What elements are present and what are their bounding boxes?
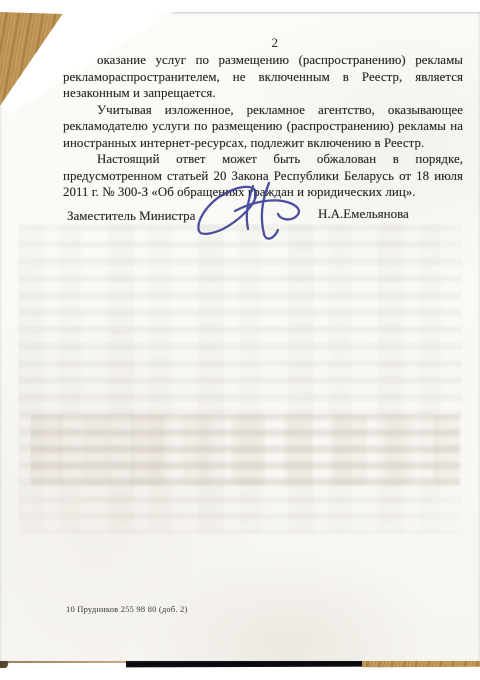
document-page: 2 оказание услуг по размещению (распрост… [0,12,480,661]
signer-title: Заместитель Министра [67,208,195,224]
executor-footnote: 10 Прудников 255 98 80 (доб. 2) [66,604,188,614]
signer-name: Н.А.Емельянова [318,206,409,222]
signature-graphic [190,180,316,246]
scanned-letter-photo: 2 оказание услуг по размещению (распрост… [0,0,480,680]
paragraph-conclusion: Учитывая изложенное, рекламное агентство… [63,102,463,152]
page-number: 2 [35,35,480,51]
letter-body: оказание услуг по размещению (распростра… [63,52,463,201]
paragraph-continuation: оказание услуг по размещению (распростра… [63,52,463,102]
